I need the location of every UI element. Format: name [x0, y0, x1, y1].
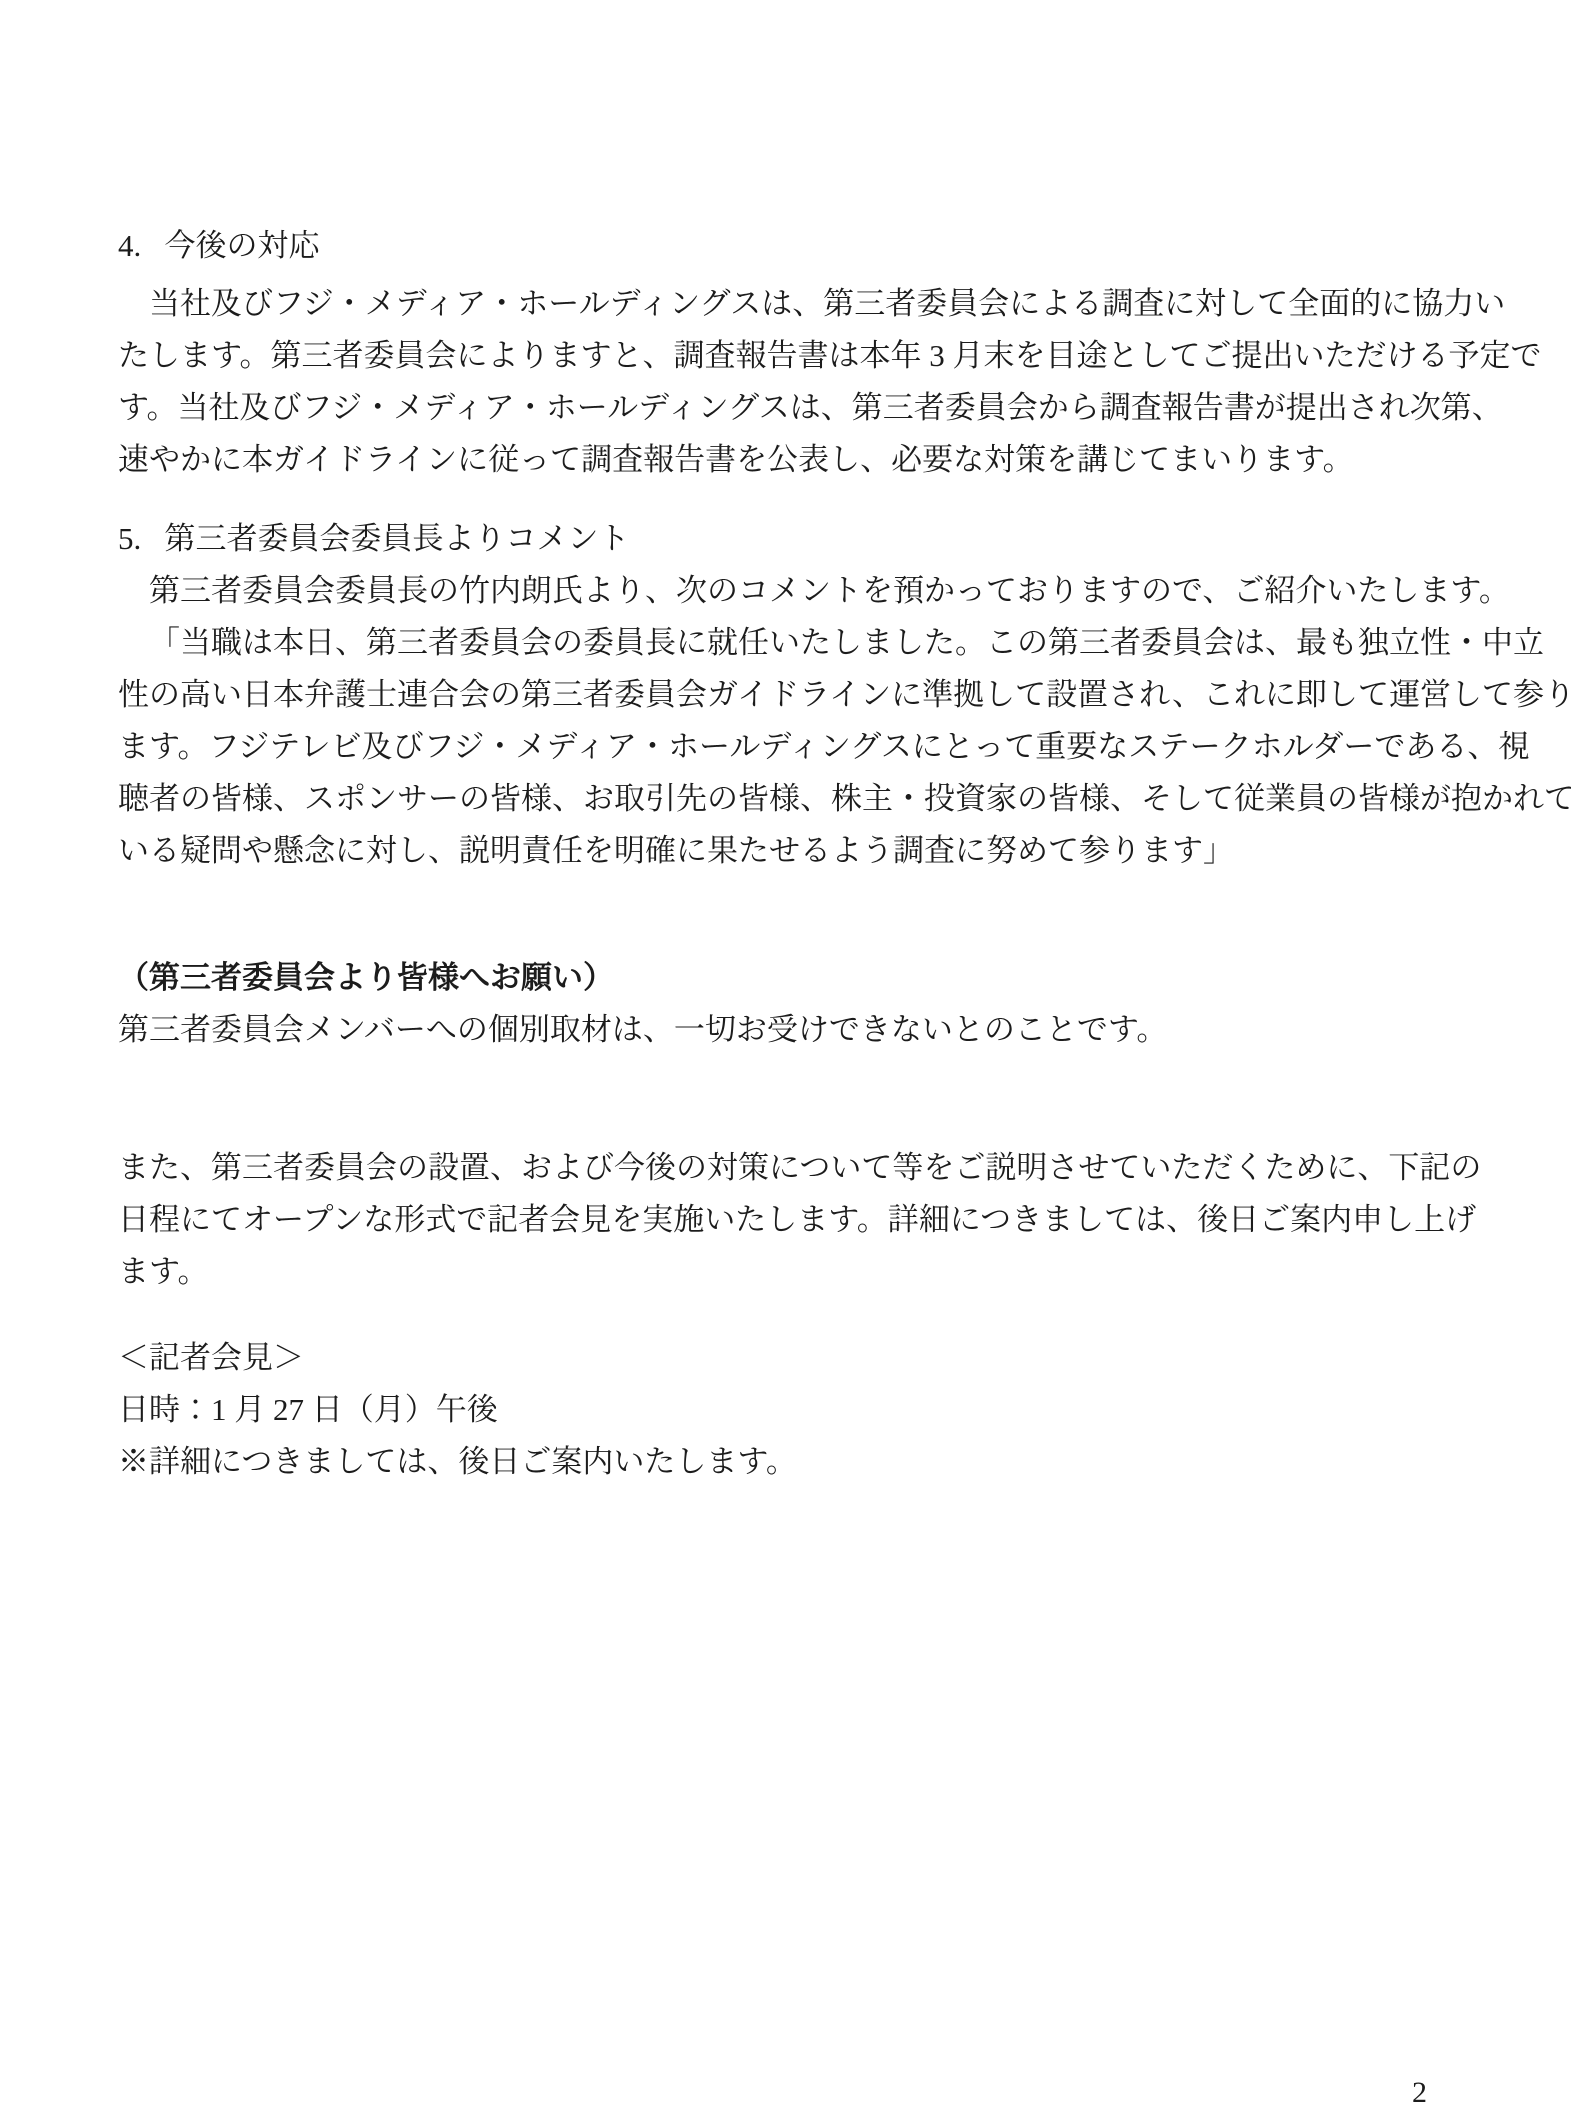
paragraph-line: たします。第三者委員会によりますと、調査報告書は本年 3 月末を目途としてご提出…	[118, 330, 1473, 382]
paragraph-line: また、第三者委員会の設置、および今後の対策について等をご説明させていただくために…	[118, 1142, 1473, 1194]
paragraph-line: 日程にてオープンな形式で記者会見を実施いたします。詳細につきましては、後日ご案内…	[118, 1194, 1473, 1246]
section5-paragraph: 第三者委員会委員長の竹内朗氏より、次のコメントを預かっておりますので、ご紹介いた…	[118, 565, 1473, 877]
press-conference-details: ＜記者会見＞ 日時：1 月 27 日（月）午後 ※詳細につきましては、後日ご案内…	[118, 1332, 1473, 1488]
section4-number: 4.	[118, 220, 141, 272]
document-page: 4.今後の対応 当社及びフジ・メディア・ホールディングスは、第三者委員会による調…	[0, 0, 1571, 2124]
committee-request-line: 第三者委員会メンバーへの個別取材は、一切お受けできないとのことです。	[118, 1004, 1473, 1056]
quote-line: 「当職は本日、第三者委員会の委員長に就任いたしました。この第三者委員会は、最も独…	[118, 617, 1473, 669]
paragraph-line: す。当社及びフジ・メディア・ホールディングスは、第三者委員会から調査報告書が提出…	[118, 382, 1473, 434]
section4-title: 今後の対応	[165, 220, 320, 272]
paragraph-line: ます。	[118, 1246, 1473, 1298]
press-conference-title: ＜記者会見＞	[118, 1332, 1473, 1384]
paragraph-line: 当社及びフジ・メディア・ホールディングスは、第三者委員会による調査に対して全面的…	[118, 278, 1473, 330]
quote-line: ます。フジテレビ及びフジ・メディア・ホールディングスにとって重要なステークホルダ…	[118, 721, 1473, 773]
press-conference-datetime: 日時：1 月 27 日（月）午後	[118, 1384, 1473, 1436]
section5-title: 第三者委員会委員長よりコメント	[165, 513, 630, 565]
section5-number: 5.	[118, 513, 141, 565]
paragraph-line: 速やかに本ガイドラインに従って調査報告書を公表し、必要な対策を講じてまいります。	[118, 434, 1473, 486]
section5-heading: 5.第三者委員会委員長よりコメント	[118, 513, 1473, 565]
section4-heading: 4.今後の対応	[118, 220, 1473, 272]
page-number: 2	[1412, 2075, 1427, 2111]
press-conference-note: ※詳細につきましては、後日ご案内いたします。	[118, 1436, 1473, 1488]
quote-line: いる疑問や懸念に対し、説明責任を明確に果たせるよう調査に努めて参ります」	[118, 825, 1473, 877]
paragraph-line: 第三者委員会委員長の竹内朗氏より、次のコメントを預かっておりますので、ご紹介いた…	[118, 565, 1473, 617]
committee-request-heading: （第三者委員会より皆様へお願い）	[118, 952, 1473, 1004]
quote-line: 性の高い日本弁護士連合会の第三者委員会ガイドラインに準拠して設置され、これに即し…	[118, 669, 1473, 721]
quote-line: 聴者の皆様、スポンサーの皆様、お取引先の皆様、株主・投資家の皆様、そして従業員の…	[118, 773, 1473, 825]
section4-paragraph: 当社及びフジ・メディア・ホールディングスは、第三者委員会による調査に対して全面的…	[118, 278, 1473, 486]
press-conference-announcement: また、第三者委員会の設置、および今後の対策について等をご説明させていただくために…	[118, 1142, 1473, 1298]
